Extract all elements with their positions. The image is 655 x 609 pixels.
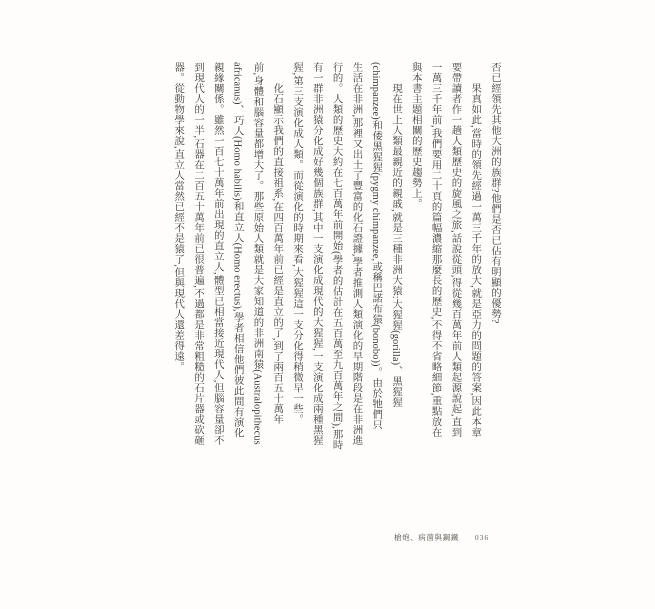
text-column: 生活在非洲,那裡又出土了豐富的化石證據,學者推測人類演化的早期階段是在非洲進 <box>346 62 366 466</box>
text-column: 要帶讀者作一趟人類歷史的旋風之旅,話說從頭,得從幾百萬年前人類起源說起,直到 <box>445 62 465 466</box>
text-column: africanus)、巧人(Homo habilis)和直立人(Homo ere… <box>227 62 247 466</box>
text-column: 行的。人類的歷史大約在七百萬年前開始(學者的估計在五百萬至九百萬年之間),那時 <box>326 62 346 466</box>
page-number: 036 <box>475 533 489 542</box>
book-title: 槍炮、病菌與鋼鐵 <box>394 532 459 543</box>
text-column: 有一群非洲猿分化成好幾個族群,其中一支演化成現代的大猩猩,一支演化成兩種黑猩 <box>306 62 326 466</box>
text-column: (chimpanzee)和倭黑猩猩(pygmy chimpanzee,或稱巴諾布… <box>365 62 385 466</box>
text-column: 現在世上人類最親近的親戚,就是三種非洲大猿:大猩猩(gorilla)、黑猩猩 <box>385 62 405 466</box>
text-column: 到現代人的一半,石器在二百五十萬年前已很普遍,不過都是非常粗糙的石片器或砍砸 <box>187 62 207 466</box>
text-column: 猩,第三支演化成人類。而從演化的時期來看,大猩猩這一支分化得稍微早一些。 <box>286 62 306 466</box>
text-column: 與本書主題相關的歷史趨勢上。 <box>405 62 425 466</box>
text-column: 化石顯示我們的直接祖系,在四百萬年前已經是直立的了,到了兩百五十萬年 <box>266 62 286 466</box>
text-column: 前,身體和腦容量都增大了。那些原始人類就是大家知道的非洲南猿(Australop… <box>247 62 267 466</box>
text-column: 親緣關係。雖然一百七十萬年前出現的直立人,體型已相當接近現代人,但腦容量卻不 <box>207 62 227 466</box>
book-page: 否已經領先其他大洲的族群?他們是否已佔有明顯的優勢?果真如此,當時的領先經過一萬… <box>0 0 655 609</box>
text-column: 一萬三千年前,我們要用二十頁的篇幅濃縮那麼長的歷史,不得不省略細節,重點放在 <box>425 62 445 466</box>
text-column: 器。從動物學來說,直立人當然已經不是猿了,但與現代人還差得遠。 <box>167 62 187 466</box>
text-column: 否已經領先其他大洲的族群?他們是否已佔有明顯的優勢? <box>484 62 504 466</box>
text-column: 果真如此,當時的領先經過一萬三千年的放大,就是亞力的問題的答案,因此本章 <box>464 62 484 466</box>
text-block: 否已經領先其他大洲的族群?他們是否已佔有明顯的優勢?果真如此,當時的領先經過一萬… <box>166 62 504 466</box>
page-footer: 槍炮、病菌與鋼鐵 036 <box>394 532 489 543</box>
